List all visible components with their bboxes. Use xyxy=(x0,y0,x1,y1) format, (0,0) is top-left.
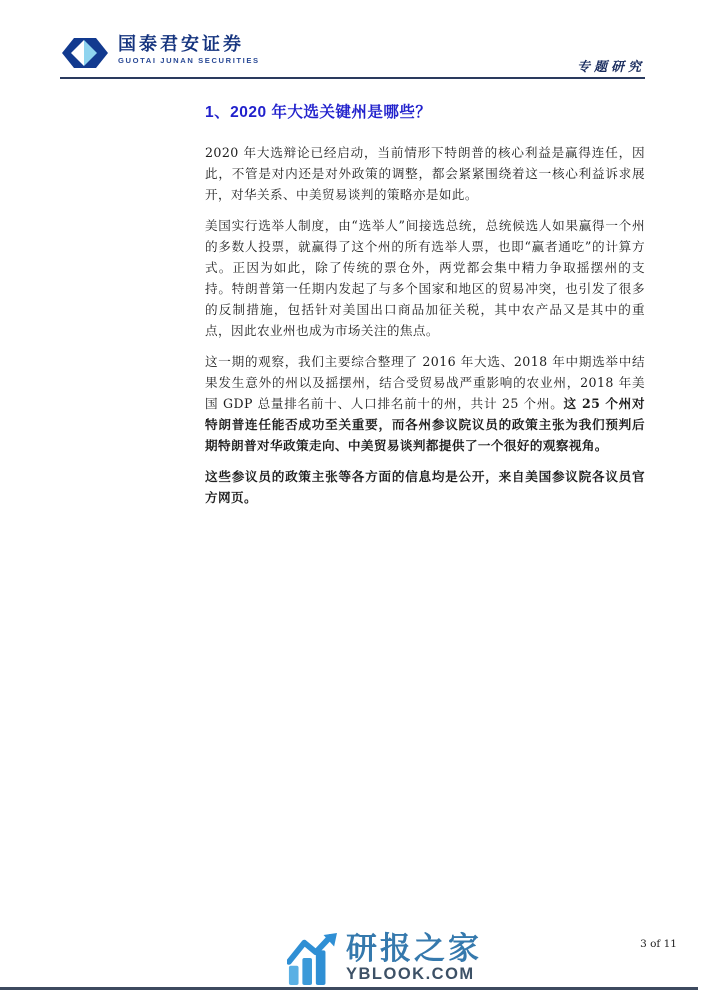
report-page: 国泰君安证券 GUOTAI JUNAN SECURITIES 专题研究 1、20… xyxy=(0,0,702,991)
brand-name-cn: 国泰君安证券 xyxy=(118,34,260,54)
guotai-junan-logo-icon xyxy=(62,36,108,70)
section-title: 1、2020 年大选关键州是哪些？ xyxy=(205,100,645,122)
yblook-watermark: 研报之家 YBLOOK.COM xyxy=(287,933,482,985)
paragraph-3: 这一期的观察，我们主要综合整理了 2016 年大选、2018 年中期选举中结果发… xyxy=(205,351,645,456)
paragraph-bold-text: 这些参议员的政策主张等各方面的信息均是公开，来自美国参议院各议员官方网页。 xyxy=(205,469,645,505)
report-type-label: 专题研究 xyxy=(577,56,645,75)
paragraph-text: 2020 年大选辩论已经启动，当前情形下特朗普的核心利益是赢得连任，因此，不管是… xyxy=(205,145,645,202)
yblook-text: 研报之家 YBLOOK.COM xyxy=(346,934,482,984)
brand-logo: 国泰君安证券 GUOTAI JUNAN SECURITIES xyxy=(62,34,260,70)
paragraph-text: 美国实行选举人制度，由“选举人”间接选总统，总统候选人如果赢得一个州的多数人投票… xyxy=(205,218,645,338)
brand-text: 国泰君安证券 GUOTAI JUNAN SECURITIES xyxy=(118,34,260,65)
brand-name-en: GUOTAI JUNAN SECURITIES xyxy=(118,56,260,65)
page-indicator: 3 of 11 xyxy=(640,938,677,950)
paragraph-1: 2020 年大选辩论已经启动，当前情形下特朗普的核心利益是赢得连任，因此，不管是… xyxy=(205,142,645,205)
yblook-url: YBLOOK.COM xyxy=(346,965,482,984)
header-divider xyxy=(60,77,645,79)
bar-chart-arrow-icon xyxy=(287,933,337,985)
paragraph-4: 这些参议员的政策主张等各方面的信息均是公开，来自美国参议院各议员官方网页。 xyxy=(205,466,645,508)
bottom-divider xyxy=(0,987,698,990)
paragraph-2: 美国实行选举人制度，由“选举人”间接选总统，总统候选人如果赢得一个州的多数人投票… xyxy=(205,215,645,341)
yblook-name-cn: 研报之家 xyxy=(346,934,482,964)
report-body: 1、2020 年大选关键州是哪些？ 2020 年大选辩论已经启动，当前情形下特朗… xyxy=(205,100,645,518)
